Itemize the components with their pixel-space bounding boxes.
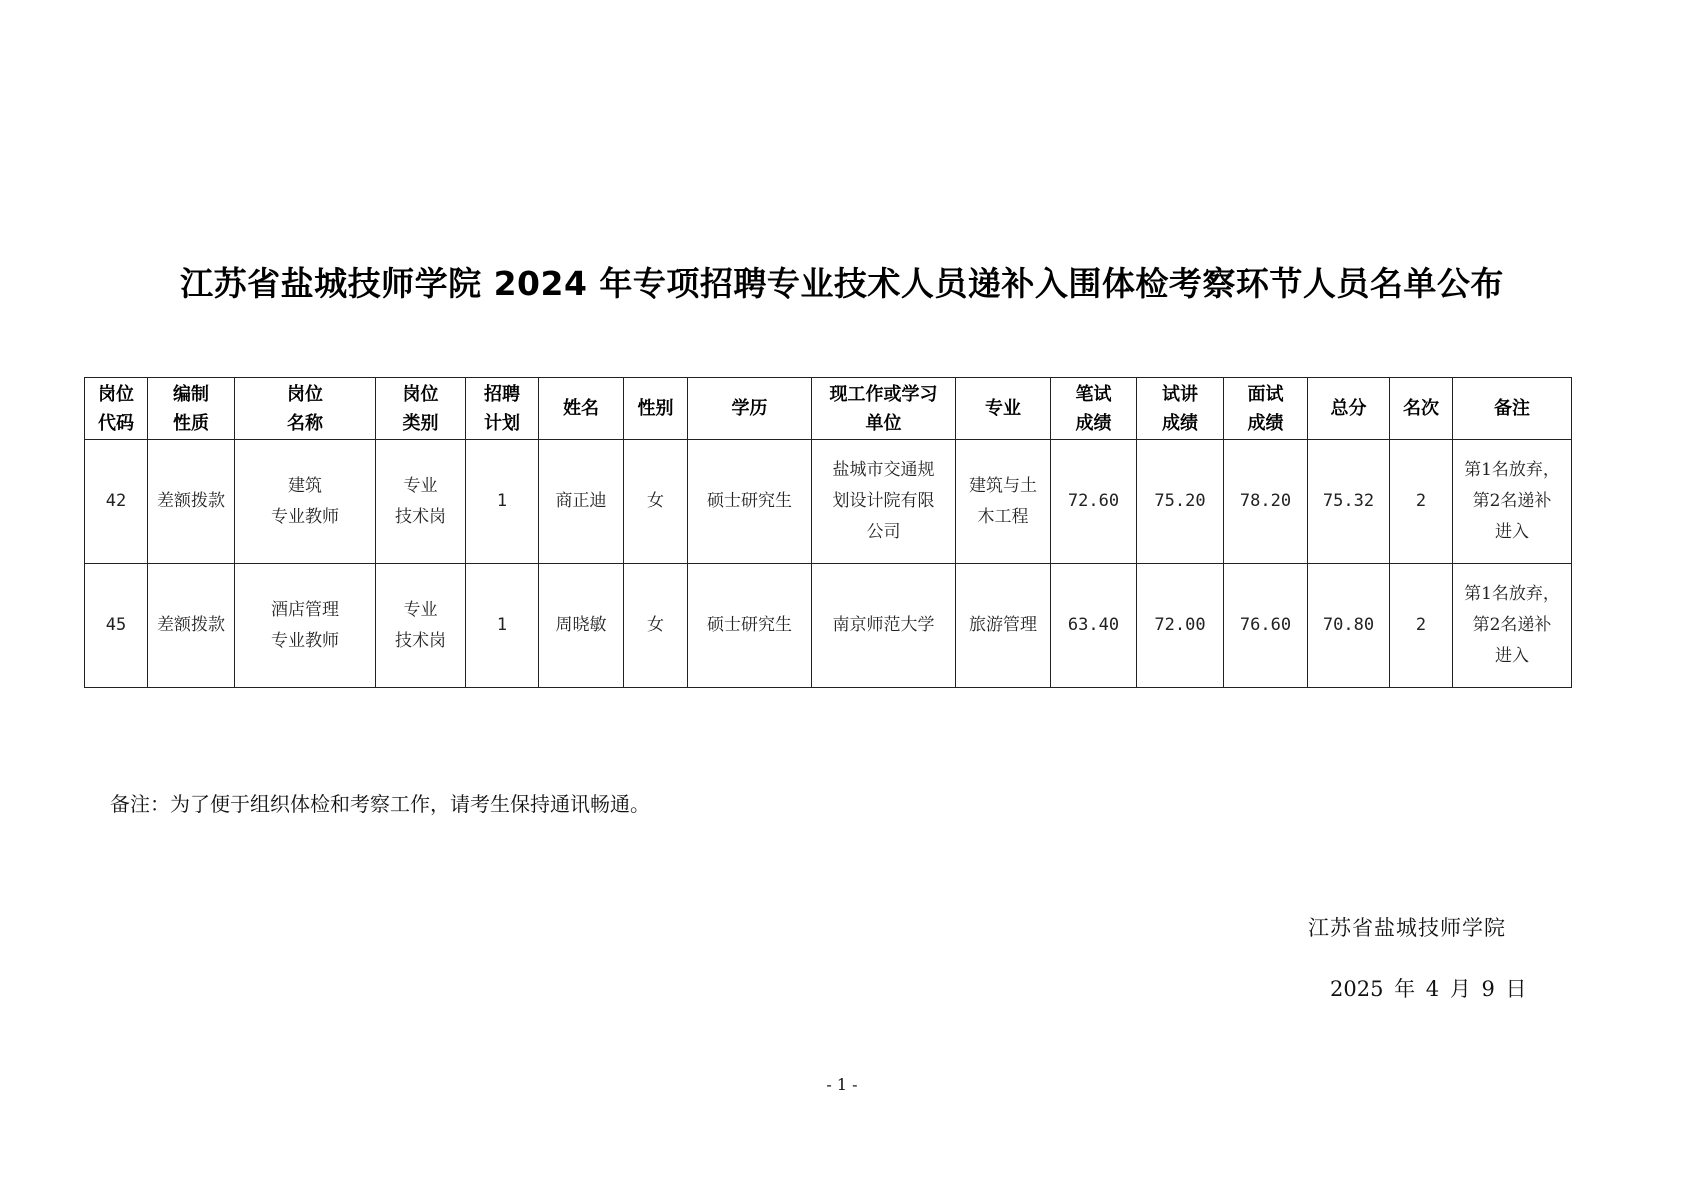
issuing-organization: 江苏省盐城技师学院 bbox=[1308, 912, 1506, 942]
footnote: 备注：为了便于组织体检和考察工作，请考生保持通讯畅通。 bbox=[110, 788, 650, 817]
cell-total-score: 75.32 bbox=[1308, 440, 1390, 564]
header-written-score: 笔试成绩 bbox=[1051, 378, 1137, 440]
cell-gender: 女 bbox=[624, 564, 688, 688]
header-gender: 性别 bbox=[624, 378, 688, 440]
cell-total-score: 70.80 bbox=[1308, 564, 1390, 688]
cell-remarks: 第1名放弃，第2名递补进入 bbox=[1453, 564, 1572, 688]
cell-post-code: 45 bbox=[85, 564, 148, 688]
cell-name: 商正迪 bbox=[539, 440, 624, 564]
cell-post-name: 酒店管理专业教师 bbox=[235, 564, 376, 688]
issue-date: 2025 年 4 月 9 日 bbox=[1330, 973, 1527, 1003]
cell-written-score: 72.60 bbox=[1051, 440, 1137, 564]
cell-gender: 女 bbox=[624, 440, 688, 564]
header-total-score: 总分 bbox=[1308, 378, 1390, 440]
header-lecture-score: 试讲成绩 bbox=[1137, 378, 1224, 440]
cell-lecture-score: 75.20 bbox=[1137, 440, 1224, 564]
header-remarks: 备注 bbox=[1453, 378, 1572, 440]
header-staffing-type: 编制性质 bbox=[148, 378, 235, 440]
candidate-table: 岗位代码 编制性质 岗位名称 岗位类别 招聘计划 姓名 性别 学历 现工作或学习… bbox=[84, 377, 1572, 688]
table-row: 42 差额拨款 建筑专业教师 专业技术岗 1 商正迪 女 硕士研究生 盐城市交通… bbox=[85, 440, 1572, 564]
cell-employer: 南京师范大学 bbox=[812, 564, 956, 688]
cell-major: 建筑与土木工程 bbox=[956, 440, 1051, 564]
table-header-row: 岗位代码 编制性质 岗位名称 岗位类别 招聘计划 姓名 性别 学历 现工作或学习… bbox=[85, 378, 1572, 440]
cell-staffing-type: 差额拨款 bbox=[148, 564, 235, 688]
cell-staffing-type: 差额拨款 bbox=[148, 440, 235, 564]
cell-education: 硕士研究生 bbox=[688, 440, 812, 564]
header-employer: 现工作或学习单位 bbox=[812, 378, 956, 440]
cell-rank: 2 bbox=[1390, 564, 1453, 688]
cell-lecture-score: 72.00 bbox=[1137, 564, 1224, 688]
cell-hiring-plan: 1 bbox=[466, 440, 539, 564]
header-education: 学历 bbox=[688, 378, 812, 440]
cell-major: 旅游管理 bbox=[956, 564, 1051, 688]
header-post-category: 岗位类别 bbox=[376, 378, 466, 440]
header-rank: 名次 bbox=[1390, 378, 1453, 440]
header-major: 专业 bbox=[956, 378, 1051, 440]
cell-interview-score: 76.60 bbox=[1224, 564, 1308, 688]
cell-post-category: 专业技术岗 bbox=[376, 440, 466, 564]
cell-education: 硕士研究生 bbox=[688, 564, 812, 688]
cell-remarks: 第1名放弃，第2名递补进入 bbox=[1453, 440, 1572, 564]
cell-name: 周晓敏 bbox=[539, 564, 624, 688]
header-post-code: 岗位代码 bbox=[85, 378, 148, 440]
header-hiring-plan: 招聘计划 bbox=[466, 378, 539, 440]
table-row: 45 差额拨款 酒店管理专业教师 专业技术岗 1 周晓敏 女 硕士研究生 南京师… bbox=[85, 564, 1572, 688]
cell-hiring-plan: 1 bbox=[466, 564, 539, 688]
header-name: 姓名 bbox=[539, 378, 624, 440]
header-post-name: 岗位名称 bbox=[235, 378, 376, 440]
cell-post-category: 专业技术岗 bbox=[376, 564, 466, 688]
cell-employer: 盐城市交通规划设计院有限公司 bbox=[812, 440, 956, 564]
cell-rank: 2 bbox=[1390, 440, 1453, 564]
cell-interview-score: 78.20 bbox=[1224, 440, 1308, 564]
cell-post-name: 建筑专业教师 bbox=[235, 440, 376, 564]
header-interview-score: 面试成绩 bbox=[1224, 378, 1308, 440]
page-number: - 1 - bbox=[0, 1075, 1684, 1094]
document-title: 江苏省盐城技师学院 2024 年专项招聘专业技术人员递补入围体检考察环节人员名单… bbox=[0, 258, 1684, 305]
cell-written-score: 63.40 bbox=[1051, 564, 1137, 688]
cell-post-code: 42 bbox=[85, 440, 148, 564]
